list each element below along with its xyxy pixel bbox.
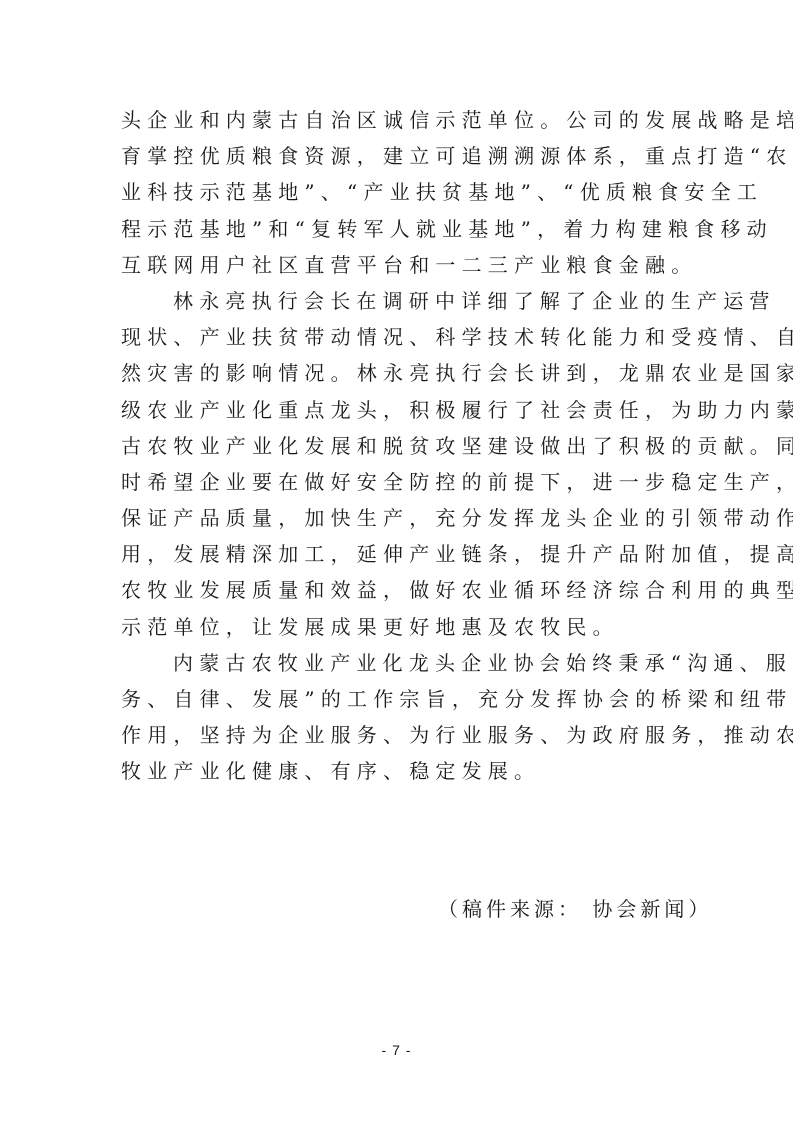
text-line: 牧业产业化健康、有序、稳定发展。 [121,753,681,789]
text-line: 育掌控优质粮食资源，建立可追溯溯源体系，重点打造“农 [121,138,681,174]
paragraph-2: 林永亮执行会长在调研中详细了解了企业的生产运营 现状、产业扶贫带动情况、科学技术… [121,283,681,645]
text-line: 内蒙古农牧业产业化龙头企业协会始终秉承“沟通、服 [121,645,681,681]
text-line: 林永亮执行会长在调研中详细了解了企业的生产运营 [121,283,681,319]
text-line: 互联网用户社区直营平台和一二三产业粮食金融。 [121,247,681,283]
page-number: - 7 - [0,1040,793,1060]
text-line: 农牧业发展质量和效益，做好农业循环经济综合利用的典型 [121,572,681,608]
text-line: 古农牧业产业化发展和脱贫攻坚建设做出了积极的贡献。同 [121,428,681,464]
text-line: 头企业和内蒙古自治区诚信示范单位。公司的发展战略是培 [121,102,681,138]
text-line: 然灾害的影响情况。林永亮执行会长讲到，龙鼎农业是国家 [121,355,681,391]
text-line: 现状、产业扶贫带动情况、科学技术转化能力和受疫情、自 [121,319,681,355]
text-line: 示范单位，让发展成果更好地惠及农牧民。 [121,609,681,645]
text-line: 务、自律、发展”的工作宗旨，充分发挥协会的桥梁和纽带 [121,681,681,717]
text-line: 业科技示范基地”、“产业扶贫基地”、“优质粮食安全工 [121,174,681,210]
text-line: 作用，坚持为企业服务、为行业服务、为政府服务，推动农 [121,717,681,753]
text-line: 级农业产业化重点龙头，积极履行了社会责任，为助力内蒙 [121,392,681,428]
text-line: 保证产品质量，加快生产，充分发挥龙头企业的引领带动作 [121,500,681,536]
text-line: 时希望企业要在做好安全防控的前提下，进一步稳定生产， [121,464,681,500]
text-line: 程示范基地”和“复转军人就业基地”，着力构建粮食移动 [121,211,681,247]
article-source: （稿件来源： 协会新闻） [438,894,712,924]
text-line: 用，发展精深加工，延伸产业链条，提升产品附加值，提高 [121,536,681,572]
paragraph-3: 内蒙古农牧业产业化龙头企业协会始终秉承“沟通、服 务、自律、发展”的工作宗旨，充… [121,645,681,790]
paragraph-1: 头企业和内蒙古自治区诚信示范单位。公司的发展战略是培 育掌控优质粮食资源，建立可… [121,102,681,283]
document-body: 头企业和内蒙古自治区诚信示范单位。公司的发展战略是培 育掌控优质粮食资源，建立可… [121,102,681,790]
